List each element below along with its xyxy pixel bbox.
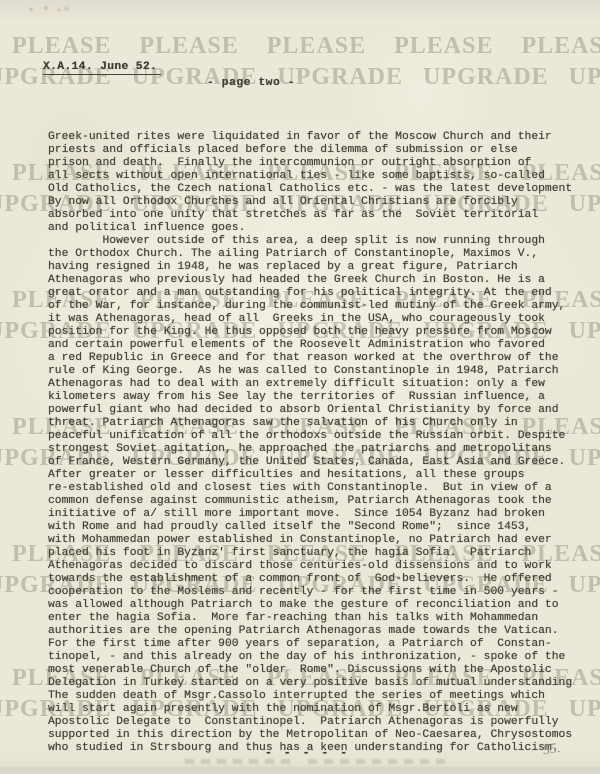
bleed-through-marks <box>185 759 290 764</box>
paper-top-edge <box>0 0 600 27</box>
rust-stain <box>26 4 70 14</box>
bleed-through-marks <box>308 759 448 764</box>
page-label: - page two - <box>207 77 295 89</box>
document-body-text: Greek-united rites were liquidated in fa… <box>48 131 572 755</box>
scanned-document-page: PLEASE PLEASE PLEASE PLEASE PLEASEPLEASE… <box>0 0 600 774</box>
handwritten-page-number: 55. <box>542 741 562 759</box>
watermark-please-row: PLEASE PLEASE PLEASE PLEASE PLEASE <box>12 33 600 60</box>
document-reference: X.A.14. June 52. <box>43 61 161 75</box>
